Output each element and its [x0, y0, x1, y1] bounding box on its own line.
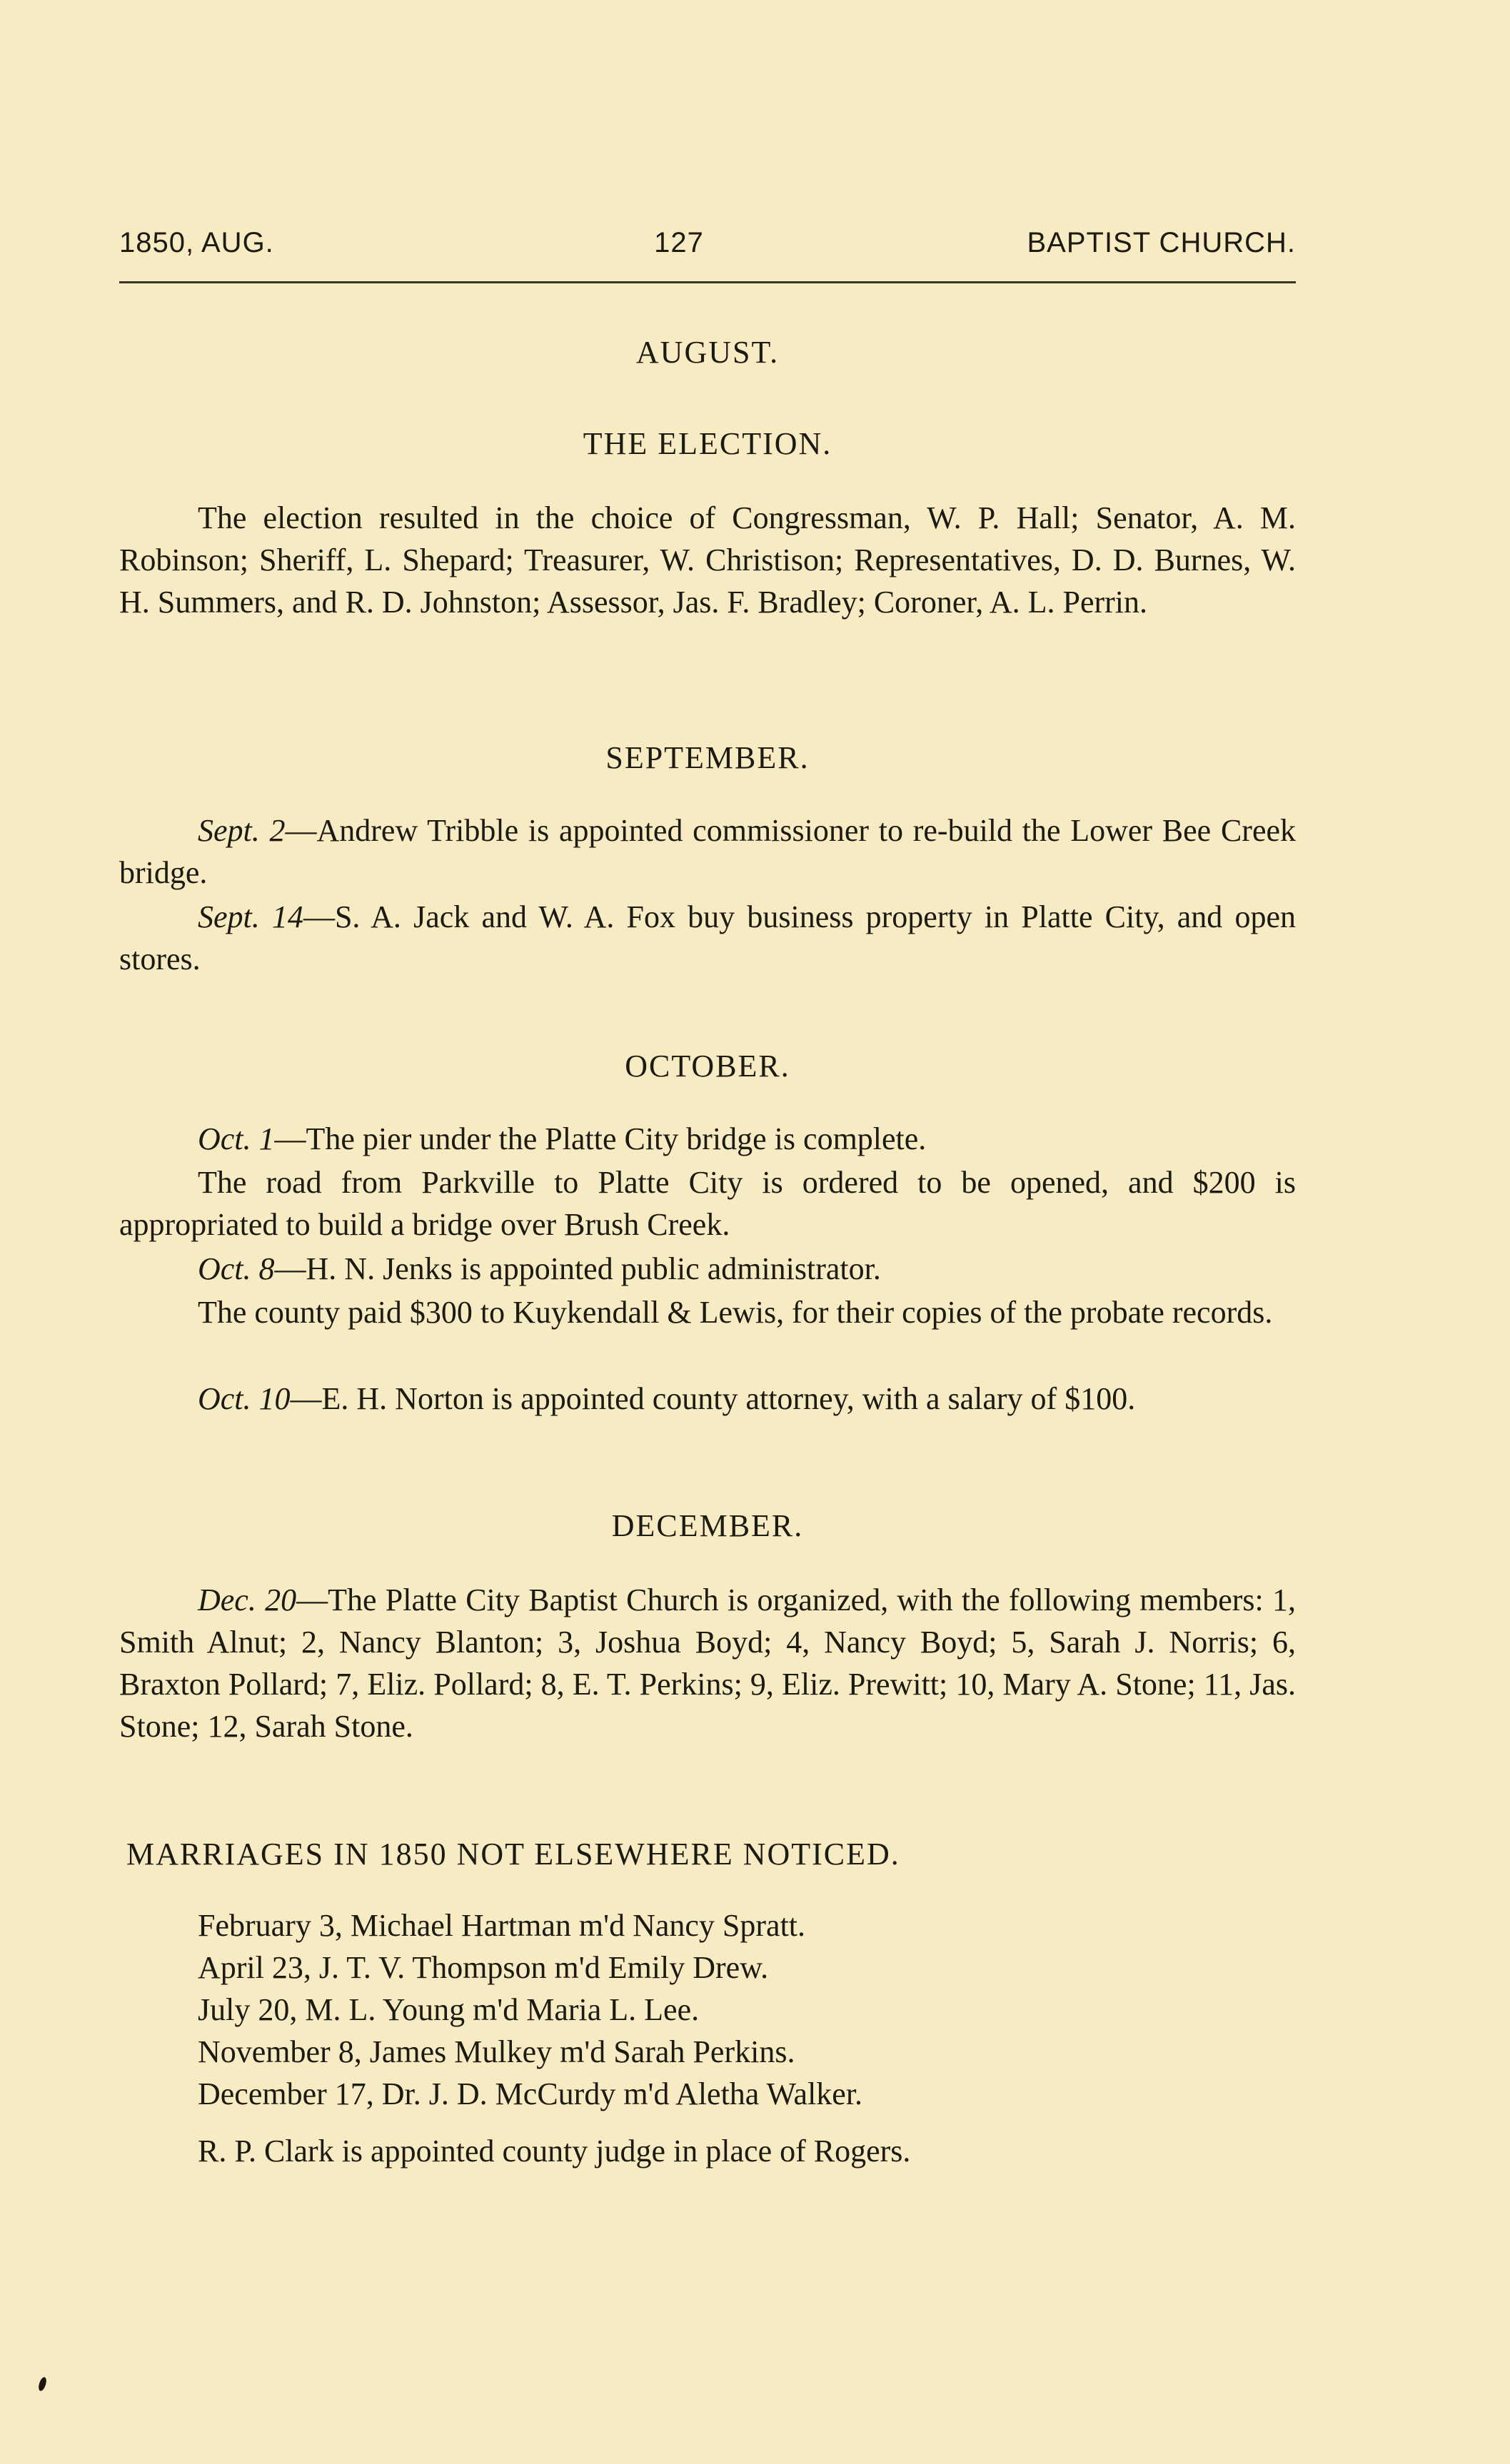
header-rule-divider — [119, 281, 1296, 283]
september-entry: Sept. 2—Andrew Tribble is appointed comm… — [119, 809, 1296, 894]
book-page: 1850, AUG. 127 BAPTIST CHURCH. AUGUST. T… — [119, 0, 1296, 2464]
ink-speck-decoration — [37, 2376, 48, 2392]
entry-text: The county paid $300 to Kuykendall & Lew… — [198, 1295, 1272, 1330]
running-head-title: BAPTIST CHURCH. — [1027, 227, 1296, 259]
marriage-item: April 23, J. T. V. Thompson m'd Emily Dr… — [198, 1947, 1296, 1989]
december-entry: Dec. 20—The Platte City Baptist Church i… — [119, 1579, 1296, 1747]
september-entry: Sept. 14—S. A. Jack and W. A. Fox buy bu… — [119, 896, 1296, 980]
entry-text: The road from Parkville to Platte City i… — [119, 1165, 1296, 1242]
election-paragraph: The election resulted in the choice of C… — [119, 497, 1296, 623]
october-entry: The county paid $300 to Kuykendall & Lew… — [119, 1291, 1296, 1333]
entry-text: —E. H. Norton is appointed county attorn… — [291, 1381, 1136, 1416]
october-entry: Oct. 10—E. H. Norton is appointed county… — [119, 1378, 1296, 1420]
entry-text: —H. N. Jenks is appointed public adminis… — [275, 1251, 881, 1286]
marriage-item: December 17, Dr. J. D. McCurdy m'd Aleth… — [198, 2073, 1296, 2115]
entry-date: Sept. 14 — [198, 899, 303, 934]
marriage-item: February 3, Michael Hartman m'd Nancy Sp… — [198, 1904, 1296, 1947]
marriages-list: February 3, Michael Hartman m'd Nancy Sp… — [198, 1904, 1296, 2115]
entry-text: —The Platte City Baptist Church is organ… — [119, 1582, 1296, 1744]
entry-text: —Andrew Tribble is appointed commissione… — [119, 813, 1296, 890]
entry-date: Oct. 1 — [198, 1121, 275, 1156]
section-heading-december: DECEMBER. — [119, 1508, 1296, 1544]
october-entry: Oct. 1—The pier under the Platte City br… — [119, 1118, 1296, 1160]
running-head: 1850, AUG. 127 BAPTIST CHURCH. — [119, 227, 1296, 263]
entry-date: Sept. 2 — [198, 813, 286, 848]
section-heading-september: SEPTEMBER. — [119, 739, 1296, 776]
october-entry: The road from Parkville to Platte City i… — [119, 1161, 1296, 1246]
entry-date: Dec. 20 — [198, 1582, 296, 1617]
entry-text: —The pier under the Platte City bridge i… — [275, 1121, 927, 1156]
section-heading-october: OCTOBER. — [119, 1048, 1296, 1084]
section-heading-august: AUGUST. — [119, 334, 1296, 370]
county-judge-note: R. P. Clark is appointed county judge in… — [198, 2130, 910, 2172]
marriage-item: July 20, M. L. Young m'd Maria L. Lee. — [198, 1989, 1296, 2031]
entry-date: Oct. 8 — [198, 1251, 275, 1286]
october-entry: Oct. 8—H. N. Jenks is appointed public a… — [119, 1248, 1296, 1290]
marriage-item: November 8, James Mulkey m'd Sarah Perki… — [198, 2031, 1296, 2073]
section-heading-marriages: MARRIAGES IN 1850 NOT ELSEWHERE NOTICED. — [112, 1836, 1303, 1872]
subheading-the-election: THE ELECTION. — [119, 425, 1296, 462]
entry-date: Oct. 10 — [198, 1381, 291, 1416]
